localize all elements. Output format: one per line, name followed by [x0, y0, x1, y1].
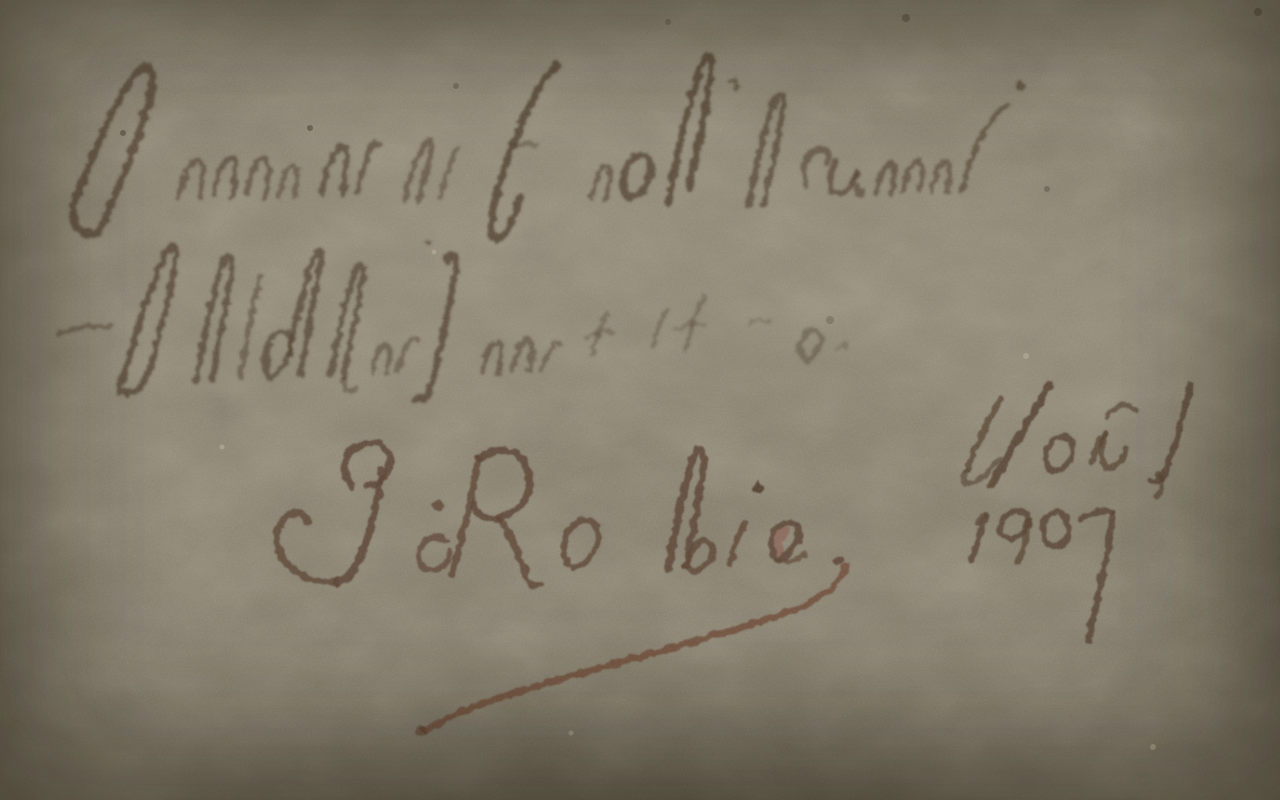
- photo-of-handwritten-inscription: Commfi d'Ilcumi Sildelien e J:Robie. Aoû…: [0, 0, 1280, 800]
- photo-grain-texture: [0, 0, 1280, 800]
- inscription-artwork: [0, 0, 1280, 800]
